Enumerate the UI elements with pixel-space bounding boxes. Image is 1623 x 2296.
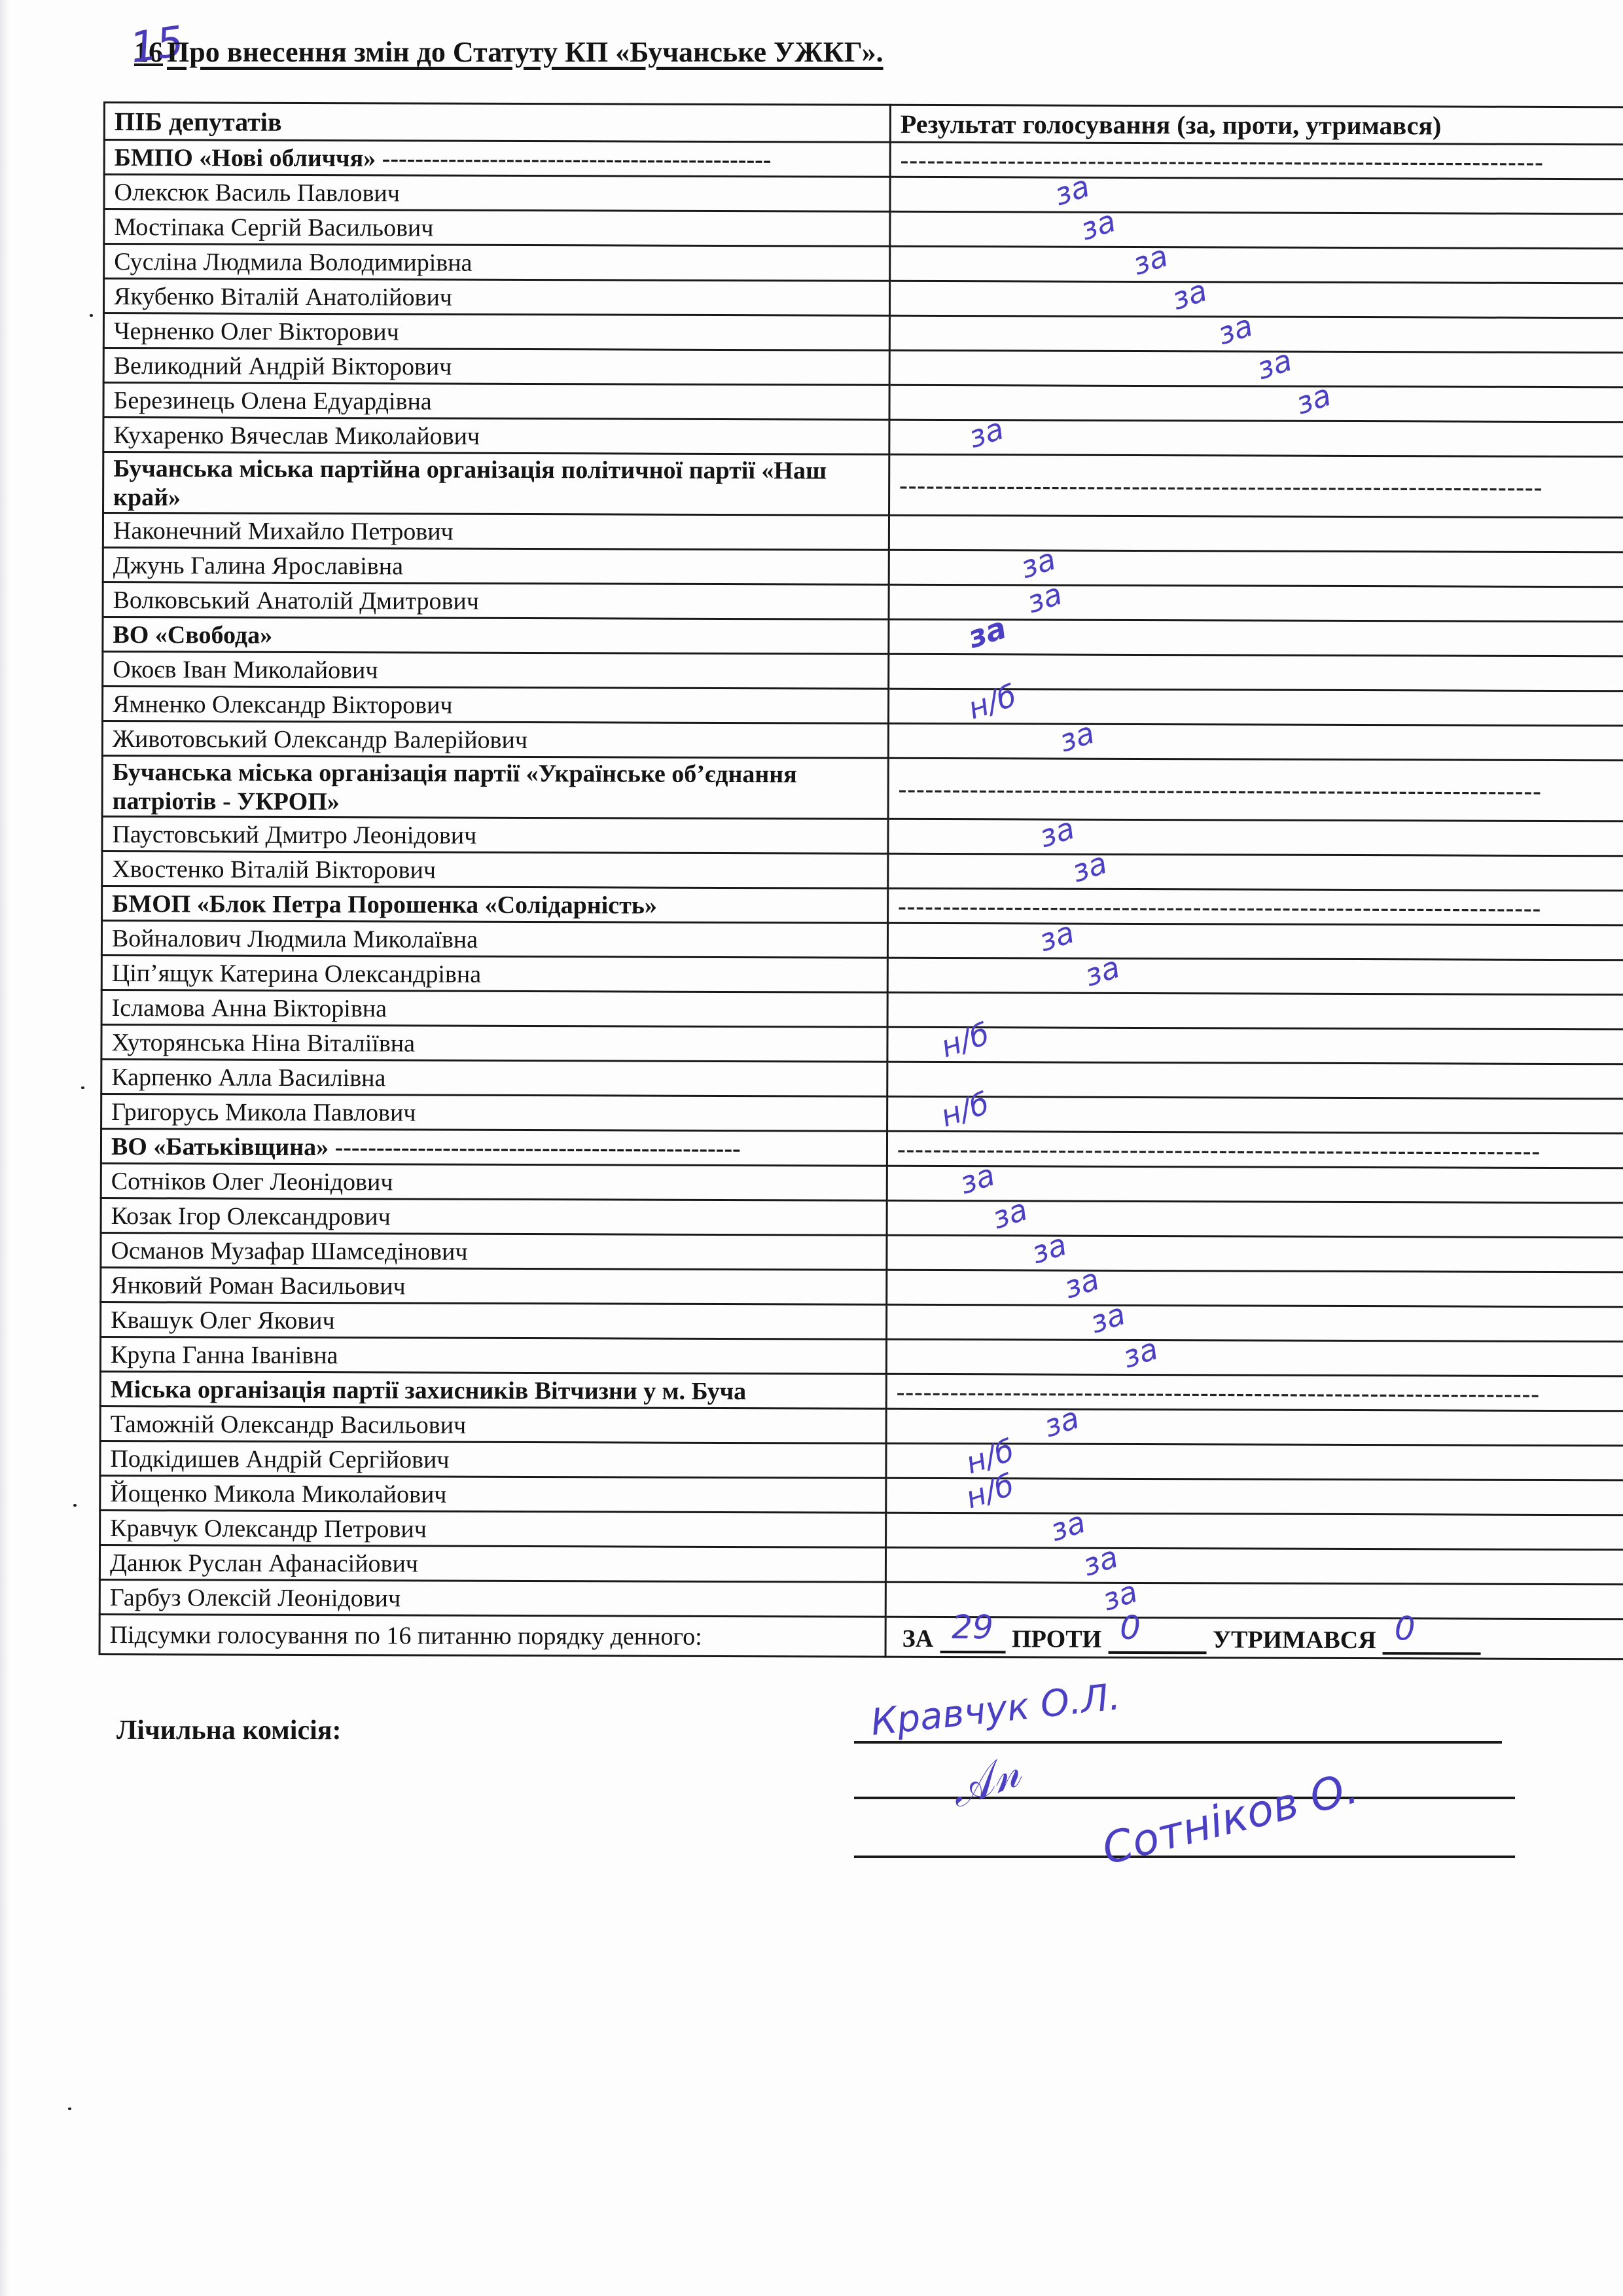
faction-name: БМОП «Блок Петра Порошенка «Солідарність… — [102, 886, 888, 923]
faction-vote-cell: ----------------------------------------… — [889, 454, 1623, 518]
faction-vote-cell: ----------------------------------------… — [888, 888, 1623, 925]
faction-row: БМПО «Нові обличчя» --------------------… — [104, 140, 1623, 179]
deputy-name: Ціп’ящук Катерина Олександрівна — [101, 955, 887, 992]
vote-cell — [887, 992, 1623, 1030]
deputy-row: Черненко Олег Вікторовичза — [103, 314, 1623, 353]
handwritten-vote: за — [1047, 1507, 1089, 1545]
handwritten-vote: за — [1081, 952, 1123, 990]
deputy-name: Мостіпака Сергій Васильович — [104, 209, 890, 247]
vote-cell: за — [890, 246, 1623, 283]
handwritten-vote: за — [1041, 1403, 1082, 1441]
deputy-row: Карпенко Алла Василівна — [101, 1059, 1623, 1098]
summary-results: ЗА29ПРОТИ0УТРИМАВСЯ0 — [885, 1617, 1623, 1659]
vote-placeholder-dashes: ----------------------------------------… — [898, 892, 1618, 923]
deputy-row: Ісламова Анна Вікторівна — [101, 990, 1623, 1029]
deputy-name: Квашук Олег Якович — [101, 1302, 887, 1339]
vote-cell: за — [889, 281, 1623, 318]
deputy-name: Сотніков Олег Леонідович — [101, 1163, 887, 1200]
deputy-name: Ямненко Олександр Вікторович — [103, 687, 889, 724]
handwritten-vote: за — [1087, 1299, 1129, 1337]
for-count: 29 — [952, 1613, 993, 1641]
deputy-name: Гарбуз Олексій Леонідович — [99, 1579, 885, 1617]
faction-row: ВО «Батьківщина» -----------------------… — [101, 1128, 1623, 1168]
handwritten-vote: за — [1293, 380, 1334, 418]
faction-name: БМПО «Нові обличчя» --------------------… — [104, 140, 890, 177]
handwritten-vote: за — [1061, 1265, 1103, 1302]
scan-speck — [73, 1504, 77, 1507]
vote-cell: за — [888, 819, 1623, 856]
vote-cell: за — [885, 1582, 1623, 1619]
deputy-name: Паустовський Дмитро Леонідович — [102, 816, 888, 853]
deputy-name: Данюк Руслан Афанасійович — [99, 1545, 885, 1582]
faction-name: Міська організація партії захисників Віт… — [100, 1371, 886, 1408]
faction-name: Бучанська міська партійна організація по… — [103, 452, 889, 516]
handwritten-vote: за — [1120, 1334, 1162, 1372]
deputy-name: Березинець Олена Едуардівна — [103, 383, 889, 420]
faction-name: ВО «Батьківщина» -----------------------… — [101, 1128, 887, 1166]
agenda-item-title: Про внесення змін до Статуту КП «Бучансь… — [167, 35, 883, 69]
column-header-deputies: ПІБ депутатів — [104, 103, 890, 143]
vote-cell: за — [886, 1339, 1623, 1376]
faction-row: Міська організація партії захисників Віт… — [100, 1371, 1623, 1410]
vote-cell: за — [887, 1304, 1623, 1342]
vote-placeholder-dashes: ----------------------------------------… — [897, 1378, 1616, 1408]
deputy-name: Сусліна Людмила Володимирівна — [104, 244, 890, 281]
deputy-row: Сотніков Олег Леонідовичза — [101, 1163, 1623, 1202]
deputy-row: Войналович Людмила Миколаївназа — [101, 920, 1623, 960]
deputy-row: Олексюк Василь Павловичза — [104, 175, 1623, 214]
faction-row: Бучанська міська партійна організація по… — [103, 452, 1623, 518]
deputy-name: Таможній Олександр Васильович — [100, 1406, 886, 1443]
deputy-row: Джунь Галина Ярославівназа — [103, 548, 1623, 587]
counting-commission-label: Лічильна комісія: — [116, 1715, 341, 1746]
deputy-row: Хвостенко Віталій Вікторовичза — [102, 851, 1623, 890]
deputy-row: Квашук Олег Яковичза — [101, 1302, 1623, 1341]
deputy-row: Таможній Олександр Васильовичза — [100, 1406, 1623, 1445]
scan-speck — [90, 314, 93, 317]
vote-placeholder-dashes: ----------------------------------------… — [899, 471, 1619, 502]
handwritten-vote: за — [1080, 1542, 1122, 1580]
vote-cell: н/б — [887, 1096, 1623, 1134]
faction-vote-cell: ----------------------------------------… — [890, 142, 1623, 179]
deputy-row: Волковський Анатолій Дмитровичза — [103, 583, 1623, 622]
deputy-name: Карпенко Алла Василівна — [101, 1059, 887, 1096]
signature-2: 𝒜𝓃 — [942, 1744, 1027, 1819]
scan-speck — [81, 1086, 84, 1089]
handwritten-vote: за — [989, 1194, 1031, 1232]
handwritten-vote: за — [1028, 1230, 1070, 1268]
deputy-row: Данюк Руслан Афанасійовичза — [99, 1545, 1623, 1584]
deputy-name: Хуторянська Ніна Віталіївна — [101, 1024, 887, 1062]
vote-cell: за — [887, 923, 1623, 960]
deputy-name: Янковий Роман Васильович — [101, 1267, 887, 1304]
deputy-row: Якубенко Віталій Анатолійовичза — [103, 279, 1623, 318]
handwritten-vote: за — [1077, 206, 1119, 244]
column-header-result: Результат голосування (за, проти, утрима… — [890, 105, 1623, 145]
vote-placeholder-dashes: ----------------------------------------… — [901, 146, 1620, 177]
vote-cell — [887, 1062, 1623, 1099]
deputy-row: Ціп’ящук Катерина Олександрівназа — [101, 955, 1623, 994]
vote-cell: за — [890, 211, 1623, 249]
faction-row: ВО «Свобода»за — [103, 617, 1623, 656]
vote-cell: за — [889, 550, 1623, 587]
abstain-count-field: 0 — [1383, 1623, 1481, 1655]
handwritten-vote: за — [1056, 718, 1097, 756]
faction-name: Бучанська міська організація партії «Укр… — [102, 755, 888, 819]
deputy-row: Сусліна Людмила Володимирівназа — [104, 244, 1623, 283]
scan-edge — [0, 0, 9, 2296]
voting-table: ПІБ депутатів Результат голосування (за,… — [99, 101, 1589, 1660]
deputy-name: Войналович Людмила Миколаївна — [101, 920, 887, 958]
vote-cell: за — [889, 420, 1623, 457]
deputy-name: Кухаренко Вячеслав Миколайович — [103, 418, 889, 455]
summary-row: Підсумки голосування по 16 питанню поряд… — [99, 1614, 1623, 1659]
deputy-row: Крупа Ганна Іванівназа — [100, 1336, 1623, 1376]
deputy-row: Османов Музафар Шамседіновичза — [101, 1232, 1623, 1272]
deputy-name: Кравчук Олександр Петрович — [100, 1510, 886, 1547]
deputy-name: Подкідишев Андрій Сергійович — [100, 1441, 886, 1478]
deputy-name: Якубенко Віталій Анатолійович — [103, 279, 889, 316]
deputy-row: Березинець Олена Едуардівназа — [103, 383, 1623, 422]
handwritten-vote: за — [1024, 579, 1065, 617]
vote-cell: за — [890, 177, 1623, 214]
against-count: 0 — [1120, 1613, 1141, 1642]
faction-vote-cell: ----------------------------------------… — [887, 1131, 1623, 1168]
vote-cell: за — [887, 1235, 1623, 1272]
deputy-name: Ісламова Анна Вікторівна — [101, 990, 887, 1027]
vote-cell: за — [888, 853, 1623, 891]
vote-cell: за — [889, 385, 1623, 422]
faction-name: ВО «Свобода» — [103, 617, 889, 655]
deputy-row: Окоєв Іван Миколайович — [103, 652, 1623, 691]
vote-cell: за — [886, 1513, 1623, 1550]
deputy-name: Волковський Анатолій Дмитрович — [103, 583, 889, 620]
handwritten-vote: за — [1051, 171, 1093, 209]
deputy-row: Паустовський Дмитро Леонідовичза — [102, 816, 1623, 855]
deputy-name: Григорусь Микола Павлович — [101, 1094, 887, 1131]
deputy-name: Наконечний Михайло Петрович — [103, 513, 889, 550]
handwritten-vote: за — [1214, 310, 1256, 348]
deputy-row: Ямненко Олександр Вікторовичн/б — [103, 687, 1623, 726]
against-count-field: 0 — [1108, 1623, 1206, 1654]
summary-label: Підсумки голосування по 16 питанню поряд… — [99, 1614, 885, 1657]
table-header-row: ПІБ депутатів Результат голосування (за,… — [104, 103, 1623, 145]
vote-cell — [889, 515, 1623, 552]
signature-line — [854, 1856, 1515, 1858]
handwritten-vote: за — [1130, 241, 1171, 279]
faction-row: Бучанська міська організація партії «Укр… — [102, 755, 1623, 821]
handwritten-vote: за — [1036, 918, 1078, 956]
scan-speck — [68, 2108, 71, 2110]
deputy-name: Козак Ігор Олександрович — [101, 1198, 887, 1235]
for-count-field: 29 — [940, 1622, 1005, 1653]
vote-cell: за — [889, 350, 1623, 387]
abstain-label: УТРИМАВСЯ — [1206, 1625, 1383, 1655]
deputy-row: Йощенко Микола Миколайовичн/б — [100, 1475, 1623, 1515]
deputy-name: Йощенко Микола Миколайович — [100, 1475, 886, 1513]
vote-cell: н/б — [887, 1027, 1623, 1064]
for-label: ЗА — [896, 1624, 940, 1653]
deputy-name: Крупа Ганна Іванівна — [100, 1336, 886, 1374]
vote-cell: за — [885, 1547, 1623, 1585]
vote-cell: за — [887, 958, 1623, 995]
deputy-name: Олексюк Василь Павлович — [104, 175, 890, 212]
vote-cell: за — [889, 619, 1623, 656]
handwritten-vote: за — [1253, 346, 1295, 384]
deputy-name: Черненко Олег Вікторович — [103, 314, 889, 351]
vote-cell: за — [887, 1270, 1623, 1307]
deputy-row: Кухаренко Вячеслав Миколайовичза — [103, 418, 1623, 457]
deputy-name: Великодний Андрій Вікторович — [103, 348, 889, 386]
vote-placeholder-dashes: ----------------------------------------… — [897, 1135, 1617, 1166]
signature-1: Кравчук О.Л. — [869, 1676, 1122, 1744]
vote-cell: за — [887, 1166, 1623, 1203]
deputy-name: Джунь Галина Ярославівна — [103, 548, 889, 585]
handwritten-vote: за — [965, 613, 1009, 652]
deputy-name: Османов Музафар Шамседінович — [101, 1232, 887, 1270]
handwritten-vote: за — [965, 414, 1007, 452]
vote-cell: за — [888, 723, 1623, 761]
faction-vote-cell: ----------------------------------------… — [886, 1374, 1623, 1411]
vote-cell: н/б — [886, 1478, 1623, 1515]
vote-cell: за — [887, 1200, 1623, 1238]
deputy-row: Григорусь Микола Павловичн/б — [101, 1094, 1623, 1133]
deputy-row: Подкідишев Андрій Сергійовичн/б — [100, 1441, 1623, 1480]
deputy-row: Хуторянська Ніна Віталіївнан/б — [101, 1024, 1623, 1064]
vote-placeholder-dashes: ----------------------------------------… — [899, 775, 1618, 806]
handwritten-vote: за — [956, 1160, 998, 1198]
handwritten-vote: за — [1069, 848, 1111, 886]
deputy-name: Окоєв Іван Миколайович — [103, 652, 889, 689]
deputy-row: Козак Ігор Олександровичза — [101, 1198, 1623, 1237]
deputy-name: Животовський Олександр Валерійович — [102, 721, 888, 759]
deputy-row: Животовський Олександр Валерійовичза — [102, 721, 1623, 761]
faction-vote-cell: ----------------------------------------… — [888, 758, 1623, 821]
deputy-name: Хвостенко Віталій Вікторович — [102, 851, 888, 888]
abstain-count: 0 — [1395, 1614, 1416, 1643]
vote-cell: н/б — [889, 689, 1623, 726]
signature-line — [854, 1741, 1502, 1744]
deputy-row: Великодний Андрій Вікторовичза — [103, 348, 1623, 387]
against-label: ПРОТИ — [1005, 1624, 1108, 1653]
faction-row: БМОП «Блок Петра Порошенка «Солідарність… — [102, 886, 1623, 925]
deputy-row: Наконечний Михайло Петрович — [103, 513, 1623, 552]
deputy-row: Кравчук Олександр Петровичза — [100, 1510, 1623, 1549]
deputy-row: Янковий Роман Васильовичза — [101, 1267, 1623, 1306]
handwritten-vote: за — [1169, 276, 1211, 314]
vote-cell: за — [889, 315, 1623, 353]
handwritten-vote: за — [1036, 814, 1078, 852]
deputy-row: Мостіпака Сергій Васильовичза — [104, 209, 1623, 249]
